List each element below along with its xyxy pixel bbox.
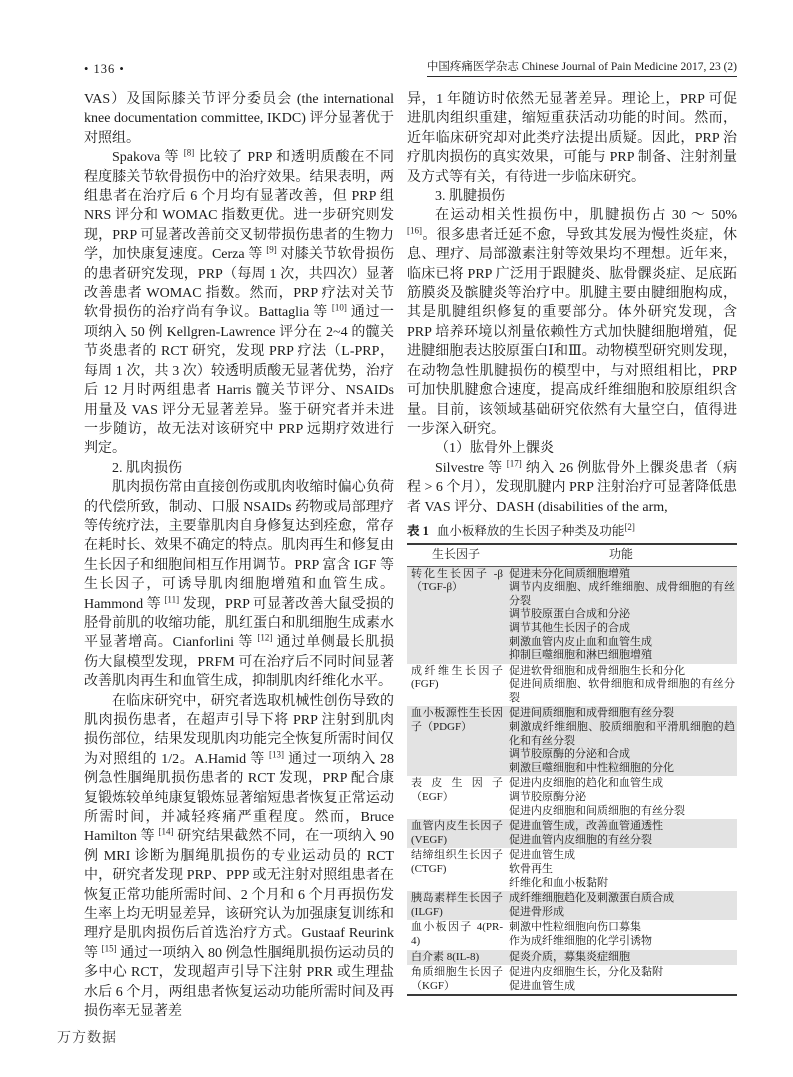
growth-factor-cell: 胰岛素样生长因子 (ILGF) xyxy=(407,891,505,920)
table-row: 角质细胞生长因子（KGF）促进内皮细胞生长，分化及黏附促进血管生成 xyxy=(407,965,737,995)
page-header: • 136 • 中国疼痛医学杂志 Chinese Journal of Pain… xyxy=(84,58,737,77)
column-header-function: 功能 xyxy=(505,544,737,566)
function-line: 纤维化和血小板黏附 xyxy=(509,877,735,891)
table-head: 生长因子 功能 xyxy=(407,544,737,566)
function-cell: 促进血管生成软骨再生纤维化和血小板黏附 xyxy=(505,848,737,891)
function-cell: 促进内皮细胞的趋化和血管生成调节胶原酶分泌促进内皮细胞和间质细胞的有丝分裂 xyxy=(505,776,737,819)
citation-ref: [12] xyxy=(257,633,272,643)
function-cell: 促炎介质，募集炎症细胞 xyxy=(505,950,737,966)
function-line: 促进间质细胞和成骨细胞有丝分裂 xyxy=(509,707,735,721)
table-caption-ref: [2] xyxy=(624,522,635,532)
citation-ref: [9] xyxy=(266,245,277,255)
growth-factor-cell: 角质细胞生长因子（KGF） xyxy=(407,965,505,995)
function-line: 调节其他生长因子的合成 xyxy=(509,622,735,636)
right-column: 异，1 年随访时依然无显著差异。理论上，PRP 可促进肌肉组织重建，缩短重获活动… xyxy=(407,90,737,1022)
paragraph: （1）肱骨外上髁炎 xyxy=(407,439,737,458)
table-caption-text: 血小板释放的生长因子种类及功能 xyxy=(437,524,625,538)
function-line: 促进血管生成，改善血管通透性 xyxy=(509,820,735,834)
article-body: VAS）及国际膝关节评分委员会 (the international knee … xyxy=(84,90,737,1022)
growth-factor-table: 生长因子 功能 转化生长因子 -β（TGF-β）促进未分化间质细胞增殖调节内皮细… xyxy=(407,543,737,996)
function-cell: 促进未分化间质细胞增殖调节内皮细胞、成纤维细胞、成骨细胞的有丝分裂调节胶原蛋白合… xyxy=(505,566,737,664)
function-line: 促进软骨细胞和成骨细胞生长和分化 xyxy=(509,665,735,679)
function-line: 刺激巨噬细胞和中性粒细胞的分化 xyxy=(509,762,735,776)
citation-ref: [8] xyxy=(184,148,195,158)
function-line: 成纤维细胞趋化及刺激蛋白质合成 xyxy=(509,892,735,906)
table-row: 血小板因子 4(PR-4)刺激中性粒细胞向伤口募集作为成纤维细胞的化学引诱物 xyxy=(407,920,737,949)
function-line: 促进血管内皮细胞的有丝分裂 xyxy=(509,834,735,848)
citation-ref: [11] xyxy=(164,594,179,604)
growth-factor-cell: 白介素 8(IL-8) xyxy=(407,950,505,966)
function-cell: 成纤维细胞趋化及刺激蛋白质合成促进骨形成 xyxy=(505,891,737,920)
function-line: 促进未分化间质细胞增殖 xyxy=(509,568,735,582)
table-row: 表皮生因子（EGF）促进内皮细胞的趋化和血管生成调节胶原酶分泌促进内皮细胞和间质… xyxy=(407,776,737,819)
function-line: 刺激中性粒细胞向伤口募集 xyxy=(509,921,735,935)
growth-factor-cell: 血小板因子 4(PR-4) xyxy=(407,920,505,949)
function-line: 促进骨形成 xyxy=(509,906,735,920)
table-row: 血管内皮生长因子 (VEGF)促进血管生成，改善血管通透性促进血管内皮细胞的有丝… xyxy=(407,819,737,848)
paragraph: Spakova 等 [8] 比较了 PRP 和透明质酸在不同程度膝关节软骨损伤中… xyxy=(84,148,394,459)
paragraph: 2. 肌肉损伤 xyxy=(84,459,394,478)
citation-ref: [13] xyxy=(269,749,284,759)
paragraph: 在临床研究中，研究者选取机械性创伤导致的肌肉损伤患者，在超声引导下将 PRP 注… xyxy=(84,692,394,1022)
function-line: 调节胶原酶的分泌和合成 xyxy=(509,748,735,762)
citation-ref: [17] xyxy=(507,458,522,468)
growth-factor-cell: 表皮生因子（EGF） xyxy=(407,776,505,819)
paragraph: Silvestre 等 [17] 纳入 26 例肱骨外上髁炎患者（病程 > 6 … xyxy=(407,459,737,517)
function-line: 调节胶原蛋白合成和分泌 xyxy=(509,608,735,622)
paragraph: 在运动相关性损伤中，肌腱损伤占 30 ～ 50%[16]。很多患者迁延不愈，导致… xyxy=(407,206,737,439)
page-number: • 136 • xyxy=(84,62,125,77)
column-header-growth-factor: 生长因子 xyxy=(407,544,505,566)
citation-ref: [15] xyxy=(102,943,117,953)
growth-factor-cell: 成纤维生长因子 (FGF) xyxy=(407,664,505,707)
table-caption-label: 表 1 xyxy=(407,524,429,538)
function-cell: 促进软骨细胞和成骨细胞生长和分化促进间质细胞、软骨细胞和成骨细胞的有丝分裂 xyxy=(505,664,737,707)
table-row: 白介素 8(IL-8)促炎介质，募集炎症细胞 xyxy=(407,950,737,966)
right-column-text: 异，1 年随访时依然无显著差异。理论上，PRP 可促进肌肉组织重建，缩短重获活动… xyxy=(407,90,737,517)
function-line: 促进间质细胞、软骨细胞和成骨细胞的有丝分裂 xyxy=(509,678,735,705)
table-caption: 表 1血小板释放的生长因子种类及功能[2] xyxy=(407,523,737,540)
citation-ref: [10] xyxy=(332,303,347,313)
table-1-block: 表 1血小板释放的生长因子种类及功能[2] 生长因子 功能 转化生长因子 -β（… xyxy=(407,523,737,996)
growth-factor-cell: 血小板源性生长因子（PDGF） xyxy=(407,706,505,776)
function-line: 促炎介质，募集炎症细胞 xyxy=(509,951,735,965)
growth-factor-cell: 血管内皮生长因子 (VEGF) xyxy=(407,819,505,848)
function-cell: 促进血管生成，改善血管通透性促进血管内皮细胞的有丝分裂 xyxy=(505,819,737,848)
function-cell: 促进间质细胞和成骨细胞有丝分裂刺激成纤维细胞、胶质细胞和平滑肌细胞的趋化和有丝分… xyxy=(505,706,737,776)
left-column: VAS）及国际膝关节评分委员会 (the international knee … xyxy=(84,90,394,1022)
function-line: 刺激成纤维细胞、胶质细胞和平滑肌细胞的趋化和有丝分裂 xyxy=(509,721,735,748)
table-row: 胰岛素样生长因子 (ILGF)成纤维细胞趋化及刺激蛋白质合成促进骨形成 xyxy=(407,891,737,920)
function-line: 促进内皮细胞的趋化和血管生成 xyxy=(509,777,735,791)
function-line: 促进内皮细胞和间质细胞的有丝分裂 xyxy=(509,805,735,819)
function-cell: 促进内皮细胞生长，分化及黏附促进血管生成 xyxy=(505,965,737,995)
function-line: 刺激血管内皮止血和血管生成 xyxy=(509,636,735,650)
paragraph: 3. 肌腱损伤 xyxy=(407,187,737,206)
paragraph: 异，1 年随访时依然无显著差异。理论上，PRP 可促进肌肉组织重建，缩短重获活动… xyxy=(407,90,737,187)
function-line: 调节内皮细胞、成纤维细胞、成骨细胞的有丝分裂 xyxy=(509,581,735,608)
growth-factor-cell: 结缔组织生长因子 (CTGF) xyxy=(407,848,505,891)
function-line: 软骨再生 xyxy=(509,863,735,877)
function-cell: 刺激中性粒细胞向伤口募集作为成纤维细胞的化学引诱物 xyxy=(505,920,737,949)
paragraph: 肌肉损伤常由直接创伤或肌肉收缩时偏心负荷的代偿所致，制动、口服 NSAIDs 药… xyxy=(84,478,394,691)
table-row: 转化生长因子 -β（TGF-β）促进未分化间质细胞增殖调节内皮细胞、成纤维细胞、… xyxy=(407,566,737,664)
growth-factor-cell: 转化生长因子 -β（TGF-β） xyxy=(407,566,505,664)
function-line: 抑制巨噬细胞和淋巴细胞增殖 xyxy=(509,649,735,663)
function-line: 促进血管生成 xyxy=(509,849,735,863)
function-line: 调节胶原酶分泌 xyxy=(509,791,735,805)
table-body: 转化生长因子 -β（TGF-β）促进未分化间质细胞增殖调节内皮细胞、成纤维细胞、… xyxy=(407,566,737,995)
function-line: 促进血管生成 xyxy=(509,980,735,994)
paragraph: VAS）及国际膝关节评分委员会 (the international knee … xyxy=(84,90,394,148)
function-line: 作为成纤维细胞的化学引诱物 xyxy=(509,935,735,949)
citation-ref: [16] xyxy=(407,225,422,235)
watermark: 万方数据 xyxy=(57,1027,117,1047)
table-row: 成纤维生长因子 (FGF)促进软骨细胞和成骨细胞生长和分化促进间质细胞、软骨细胞… xyxy=(407,664,737,707)
function-line: 促进内皮细胞生长，分化及黏附 xyxy=(509,966,735,980)
table-row: 结缔组织生长因子 (CTGF)促进血管生成软骨再生纤维化和血小板黏附 xyxy=(407,848,737,891)
journal-page: • 136 • 中国疼痛医学杂志 Chinese Journal of Pain… xyxy=(0,0,793,1077)
journal-title: 中国疼痛医学杂志 Chinese Journal of Pain Medicin… xyxy=(427,58,737,77)
citation-ref: [14] xyxy=(159,827,174,837)
table-row: 血小板源性生长因子（PDGF）促进间质细胞和成骨细胞有丝分裂刺激成纤维细胞、胶质… xyxy=(407,706,737,776)
